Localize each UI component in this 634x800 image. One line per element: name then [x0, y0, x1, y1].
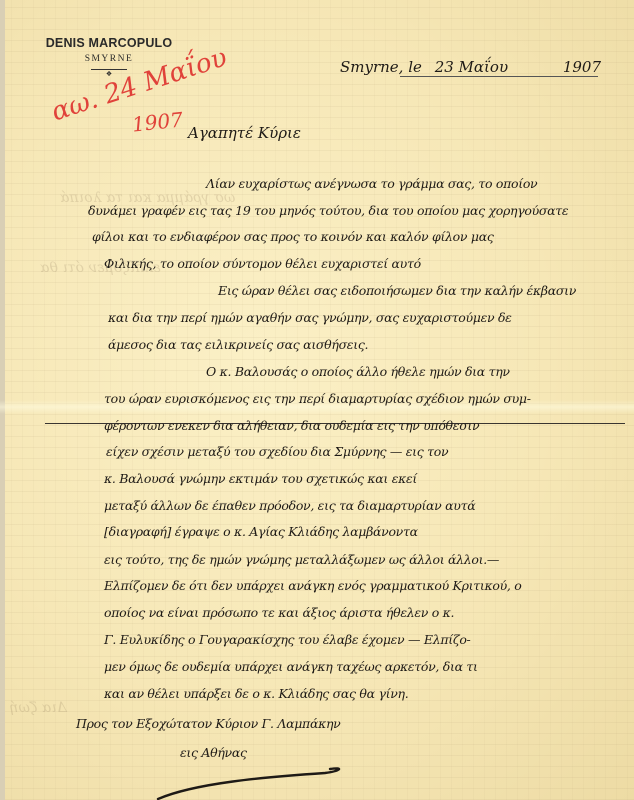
- body-line: [διαγραφή] έγραψε ο κ. Αγίας Κλιάδης λαμ…: [104, 524, 418, 539]
- body-line: Εις ώραν θέλει σας ειδοποιήσωμεν δια την…: [218, 283, 576, 298]
- letterhead-city: SMYRNE: [44, 54, 174, 64]
- dateline-year: 1907: [563, 58, 601, 76]
- salutation: Αγαπητέ Κύριε: [188, 124, 301, 142]
- body-line: φέροντων ενεκεν δια αλήθειαν, δια ουδεμί…: [104, 418, 479, 433]
- body-line: είχεν σχέσιν μεταξύ του σχεδίου δια Σμύρ…: [106, 444, 448, 459]
- body-line: του ώραν ευρισκόμενος εις την περί διαμα…: [104, 391, 531, 406]
- letter-page: ωσ γράμμα και τα λοιπά ελπίζομεν ότι θα …: [0, 0, 634, 800]
- body-line: οποίος να είναι πρόσωπο τε και άξιος άρι…: [104, 605, 454, 620]
- letterhead-name: DENIS MARCOPULO: [44, 36, 174, 50]
- body-line: άμεσος δια τας ειλικρινείς σας αισθήσεις…: [108, 337, 368, 352]
- dateline-day-month: 23 Μαΐου: [435, 58, 508, 76]
- recipient-city: εις Αθήνας: [180, 745, 247, 760]
- recipient-name: Προς τον Εξοχώτατον Κύριον Γ. Λαμπάκην: [76, 716, 340, 731]
- body-line: Λίαν ευχαρίστως ανέγνωσα το γράμμα σας, …: [206, 176, 537, 191]
- body-line: μεν όμως δε ουδεμία υπάρχει ανάγκη ταχέω…: [104, 659, 478, 674]
- dateline: Smyrne, le 23 Μαΐου 1907: [340, 58, 601, 76]
- body-line: Ο κ. Βαλουσάς ο οποίος άλλο ήθελε ημών δ…: [206, 364, 510, 379]
- body-line: κ. Βαλουσά γνώμην εκτιμάν του σχετικώς κ…: [104, 471, 417, 486]
- bleed-through-text: Δια ζωή: [10, 700, 67, 716]
- body-line: Φιλικής, το οποίον σύντομον θέλει ευχαρι…: [104, 256, 421, 271]
- dateline-place: Smyrne, le: [340, 58, 422, 76]
- body-line: εις τούτο, της δε ημών γνώμης μεταλλάξωμ…: [104, 552, 499, 567]
- body-line: και αν θέλει υπάρξει δε ο κ. Κλιάδης σας…: [104, 686, 408, 701]
- red-annotation-year: 1907: [131, 107, 184, 136]
- body-line: Γ. Ευλυκίδης ο Γουγαρακίσχης του έλαβε έ…: [104, 632, 470, 647]
- signature-flourish-icon: [155, 765, 355, 800]
- body-line: δυνάμει γραφέν εις τας 19 του μηνός τούτ…: [88, 203, 568, 218]
- body-line: μεταξύ άλλων δε έπαθεν πρόοδον, εις τα δ…: [104, 498, 475, 513]
- body-line: Ελπίζομεν δε ότι δεν υπάρχει ανάγκη ενός…: [104, 578, 521, 593]
- body-line: και δια την περί ημών αγαθήν σας γνώμην,…: [108, 310, 512, 325]
- body-line: φίλοι και το ενδιαφέρον σας προς το κοιν…: [92, 229, 494, 244]
- dateline-rule: [400, 76, 598, 77]
